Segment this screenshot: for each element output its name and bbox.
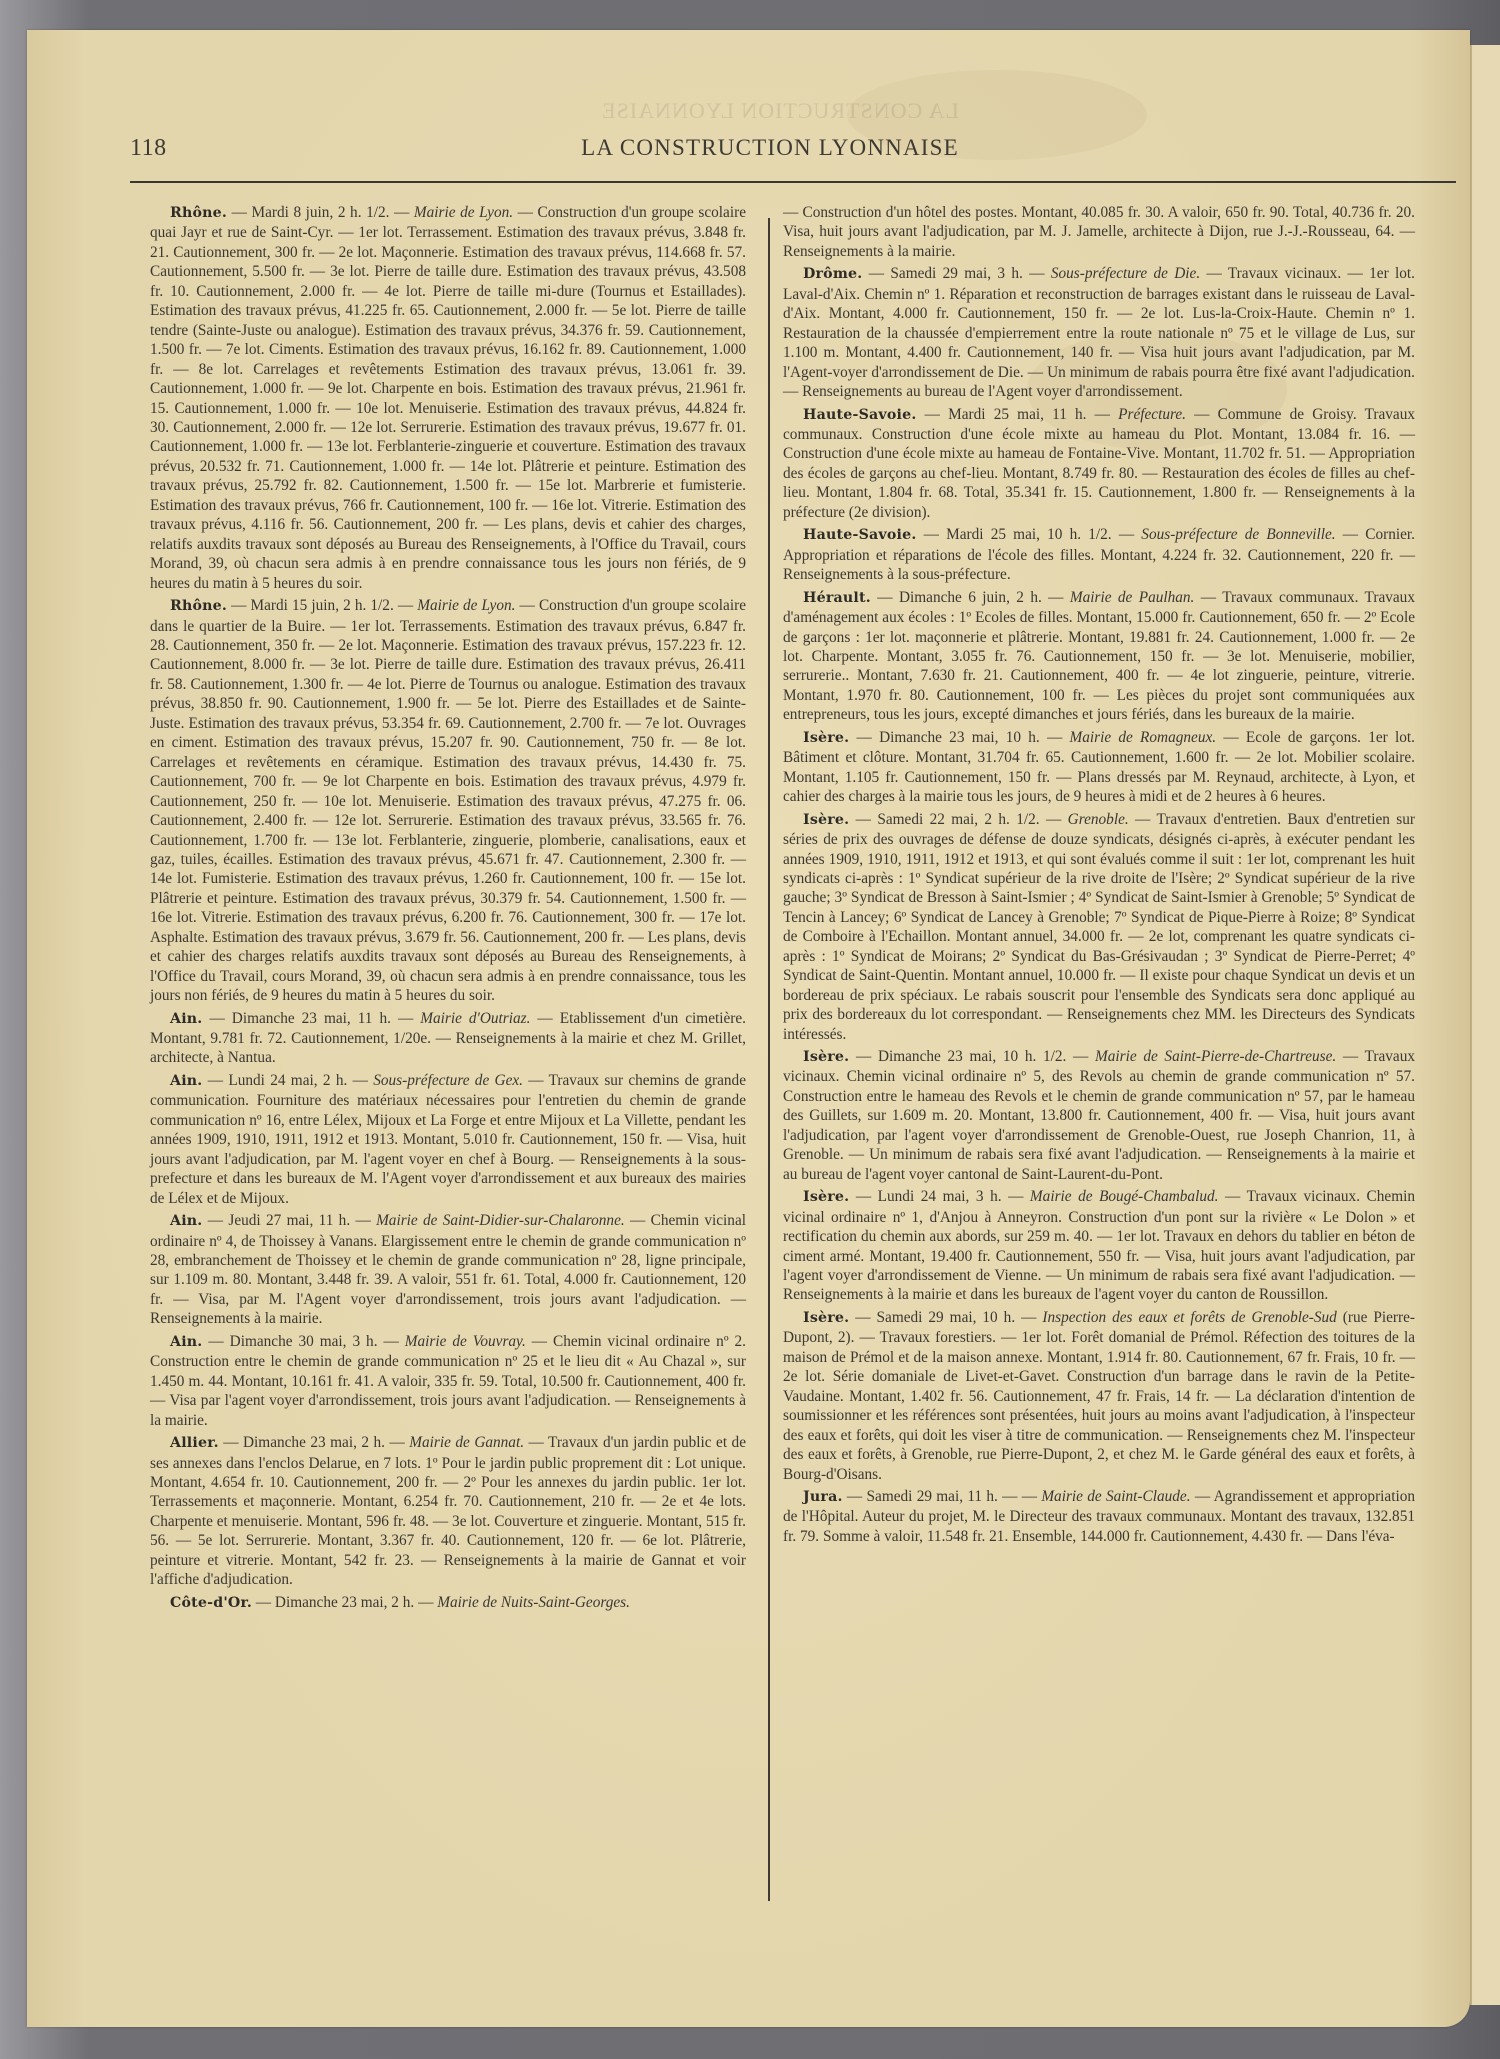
notice-date: — Mardi 15 juin, 2 h. 1/2. — bbox=[227, 597, 417, 614]
department-name: Haute-Savoie. bbox=[803, 527, 916, 543]
notice-date: — Dimanche 6 juin, 2 h. — bbox=[871, 589, 1070, 606]
notice-entry: Rhône. — Mardi 8 juin, 2 h. 1/2. — Mairi… bbox=[150, 203, 746, 593]
notice-body: — Travaux d'un jardin public et de ses a… bbox=[150, 1434, 746, 1588]
notice-entry: Hérault. — Dimanche 6 juin, 2 h. — Mairi… bbox=[783, 588, 1415, 725]
department-name: Ain. bbox=[170, 1213, 202, 1229]
journal-title: LA CONSTRUCTION LYONNAISE bbox=[460, 135, 1080, 161]
notice-body: (rue Pierre-Dupont, 2). — Travaux forest… bbox=[783, 1309, 1415, 1483]
notice-date: — Dimanche 23 mai, 10 h. — bbox=[849, 729, 1069, 746]
notice-body: — Construction d'un hôtel des postes. Mo… bbox=[783, 204, 1415, 260]
column-divider bbox=[768, 218, 770, 1901]
department-name: Côte-d'Or. bbox=[170, 1595, 252, 1611]
notice-entry: Isère. — Lundi 24 mai, 3 h. — Mairie de … bbox=[783, 1187, 1415, 1305]
notice-venue: Sous-préfecture de Gex. bbox=[373, 1072, 523, 1089]
notice-date: — Dimanche 23 mai, 2 h. — bbox=[219, 1434, 410, 1451]
notice-entry: Isère. — Samedi 29 mai, 10 h. — Inspecti… bbox=[783, 1308, 1415, 1484]
notice-date: — Mardi 25 mai, 10 h. 1/2. — bbox=[916, 526, 1141, 543]
notice-entry: Jura. — Samedi 29 mai, 11 h. — — Mairie … bbox=[783, 1487, 1415, 1546]
notice-date: — Mardi 25 mai, 11 h. — bbox=[916, 406, 1118, 423]
notice-venue: Mairie d'Outriaz. bbox=[420, 1010, 530, 1027]
notice-date: — Dimanche 23 mai, 11 h. — bbox=[202, 1010, 420, 1027]
department-name: Jura. bbox=[803, 1489, 843, 1505]
page-number: 118 bbox=[130, 135, 167, 162]
header-rule bbox=[130, 181, 1456, 183]
notice-venue: Sous-préfecture de Bonneville. bbox=[1141, 526, 1335, 543]
adjacent-page-edge bbox=[1470, 45, 1500, 2005]
notice-venue: Sous-préfecture de Die. bbox=[1051, 265, 1200, 282]
notice-entry: Haute-Savoie. — Mardi 25 mai, 10 h. 1/2.… bbox=[783, 525, 1415, 584]
notice-entry: Isère. — Dimanche 23 mai, 10 h. — Mairie… bbox=[783, 728, 1415, 807]
notice-venue: Mairie de Lyon. bbox=[417, 597, 515, 614]
notice-body: — Travaux vicinaux. — 1er lot. Laval-d'A… bbox=[783, 265, 1415, 400]
notice-entry: Ain. — Jeudi 27 mai, 11 h. — Mairie de S… bbox=[150, 1211, 746, 1329]
notice-venue: Mairie de Vouvray. bbox=[405, 1333, 526, 1350]
notice-venue: Mairie de Saint-Didier-sur-Chalaronne. bbox=[376, 1212, 625, 1229]
notice-date: — Mardi 8 juin, 2 h. 1/2. — bbox=[227, 204, 414, 221]
notice-continuation: — Construction d'un hôtel des postes. Mo… bbox=[783, 203, 1415, 261]
notice-date: — Dimanche 23 mai, 10 h. 1/2. — bbox=[849, 1048, 1095, 1065]
notice-venue: Grenoble. bbox=[1068, 811, 1129, 828]
department-name: Ain. bbox=[170, 1073, 202, 1089]
notice-venue: Mairie de Saint-Claude. bbox=[1041, 1488, 1190, 1505]
notice-date: — Lundi 24 mai, 3 h. — bbox=[849, 1188, 1030, 1205]
department-name: Haute-Savoie. bbox=[803, 407, 916, 423]
notice-body: — Travaux sur chemins de grande communic… bbox=[150, 1072, 746, 1207]
department-name: Isère. bbox=[803, 1049, 849, 1065]
notice-entry: Isère. — Samedi 22 mai, 2 h. 1/2. — Gren… bbox=[783, 810, 1415, 1044]
notice-entry: Rhône. — Mardi 15 juin, 2 h. 1/2. — Mair… bbox=[150, 596, 746, 1006]
department-name: Isère. bbox=[803, 730, 849, 746]
notice-entry: Haute-Savoie. — Mardi 25 mai, 11 h. — Pr… bbox=[783, 405, 1415, 523]
notice-entry: Ain. — Lundi 24 mai, 2 h. — Sous-préfect… bbox=[150, 1071, 746, 1208]
notice-venue: Mairie de Gannat. bbox=[409, 1434, 524, 1451]
right-column: — Construction d'un hôtel des postes. Mo… bbox=[783, 203, 1415, 1549]
notice-venue: Préfecture. bbox=[1118, 406, 1186, 423]
notice-body: — Travaux communaux. Travaux d'aménageme… bbox=[783, 589, 1415, 724]
notice-venue: Mairie de Romagneux. bbox=[1070, 729, 1217, 746]
department-name: Ain. bbox=[170, 1011, 202, 1027]
notice-date: — Dimanche 23 mai, 2 h. — bbox=[252, 1594, 437, 1611]
notice-date: — Lundi 24 mai, 2 h. — bbox=[202, 1072, 373, 1089]
notice-entry: Drôme. — Samedi 29 mai, 3 h. — Sous-préf… bbox=[783, 264, 1415, 401]
department-name: Isère. bbox=[803, 1189, 849, 1205]
notice-body: — Travaux d'entretien. Baux d'entretien … bbox=[783, 811, 1415, 1043]
left-column: Rhône. — Mardi 8 juin, 2 h. 1/2. — Mairi… bbox=[150, 203, 746, 1616]
notice-body: — Travaux vicinaux. Chemin vicinal ordin… bbox=[783, 1048, 1415, 1183]
department-name: Allier. bbox=[170, 1435, 219, 1451]
department-name: Isère. bbox=[803, 1310, 849, 1326]
notice-body: — Travaux vicinaux. Chemin vicinal ordin… bbox=[783, 1188, 1415, 1303]
department-name: Rhône. bbox=[170, 598, 227, 614]
notice-venue: Mairie de Paulhan. bbox=[1070, 589, 1195, 606]
notice-venue: Mairie de Bougé-Chambalud. bbox=[1030, 1188, 1219, 1205]
notice-entry: Isère. — Dimanche 23 mai, 10 h. 1/2. — M… bbox=[783, 1047, 1415, 1184]
notice-venue: Mairie de Lyon. bbox=[414, 204, 513, 221]
notice-date: — Samedi 29 mai, 3 h. — bbox=[862, 265, 1050, 282]
notice-entry: Côte-d'Or. — Dimanche 23 mai, 2 h. — Mai… bbox=[150, 1593, 746, 1613]
notice-entry: Allier. — Dimanche 23 mai, 2 h. — Mairie… bbox=[150, 1433, 746, 1590]
notice-date: — Jeudi 27 mai, 11 h. — bbox=[202, 1212, 376, 1229]
notice-venue: Mairie de Saint-Pierre-de-Chartreuse. bbox=[1095, 1048, 1336, 1065]
notice-venue: Mairie de Nuits-Saint-Georges. bbox=[437, 1594, 630, 1611]
department-name: Rhône. bbox=[170, 205, 227, 221]
notice-venue: Inspection des eaux et forêts de Grenobl… bbox=[1042, 1309, 1336, 1326]
department-name: Isère. bbox=[803, 812, 849, 828]
notice-date: — Samedi 29 mai, 10 h. — bbox=[849, 1309, 1042, 1326]
notice-date: — Samedi 29 mai, 11 h. — — bbox=[843, 1488, 1042, 1505]
notice-body: — Construction d'un groupe scolaire quai… bbox=[150, 204, 746, 592]
notice-body: — Construction d'un groupe scolaire dans… bbox=[150, 597, 746, 1004]
department-name: Drôme. bbox=[803, 266, 862, 282]
notice-entry: Ain. — Dimanche 30 mai, 3 h. — Mairie de… bbox=[150, 1332, 746, 1430]
notice-body: — Chemin vicinal ordinaire nº 4, de Thoi… bbox=[150, 1212, 746, 1327]
department-name: Ain. bbox=[170, 1334, 202, 1350]
department-name: Hérault. bbox=[803, 590, 871, 606]
notice-date: — Dimanche 30 mai, 3 h. — bbox=[202, 1333, 404, 1350]
notice-entry: Ain. — Dimanche 23 mai, 11 h. — Mairie d… bbox=[150, 1009, 746, 1068]
bleed-through-text: LA CONSTRUCTION LYONNAISE bbox=[570, 98, 990, 124]
notice-date: — Samedi 22 mai, 2 h. 1/2. — bbox=[849, 811, 1067, 828]
